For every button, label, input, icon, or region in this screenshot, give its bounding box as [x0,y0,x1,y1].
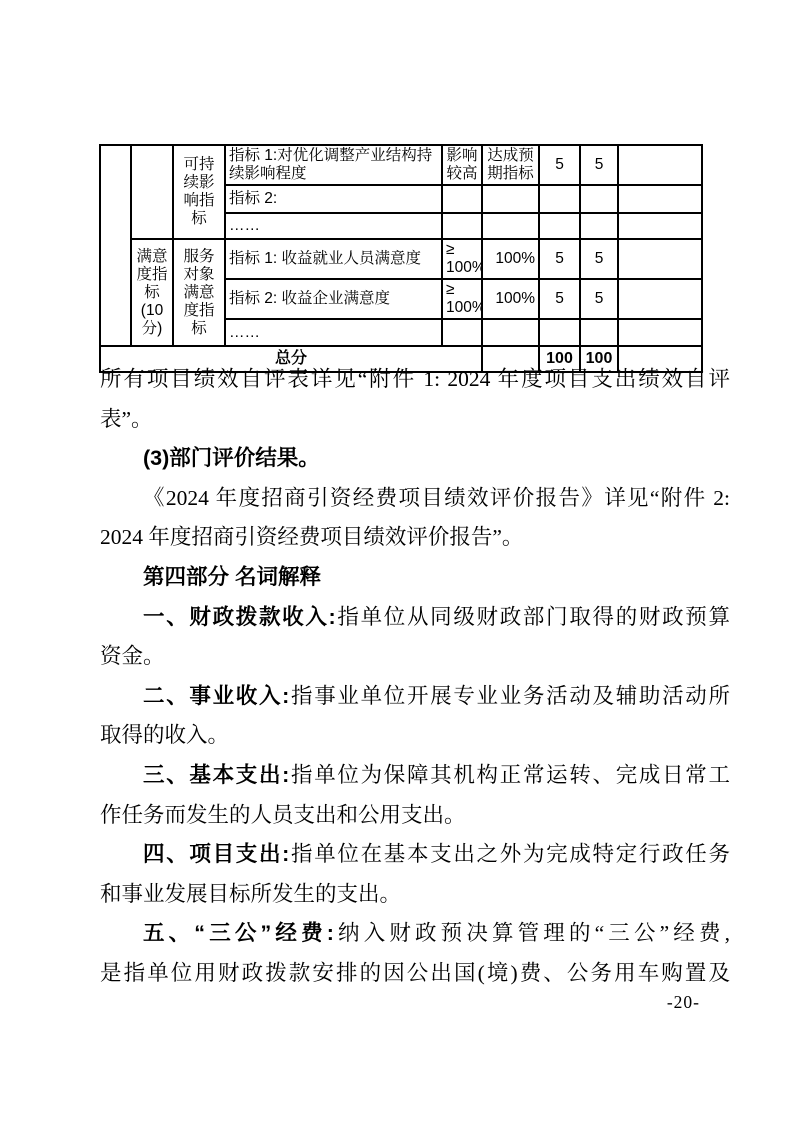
line-text: 表”。 [100,407,153,431]
cell-score-r1: 5 [580,145,618,185]
cell-result-r2 [482,185,539,213]
text-line-9: 二、事业收入:指事业单位开展专业业务活动及辅助活动所 [100,677,730,717]
text-line-16: 是指单位用财政拨款安排的因公出国(境)费、公务用车购置及 [100,954,730,994]
cell-service-group: 服务对象满意度指标 [173,239,225,346]
cell-level1-blank [100,145,131,346]
cell-indicator-r1: 指标 1:对优化调整产业结构持续影响程度 [225,145,442,185]
cell-points-r1: 5 [539,145,580,185]
cell-note-r6 [618,319,702,346]
cell-note-r1 [618,145,702,185]
cell-result-r1: 达成预期指标 [482,145,539,185]
cell-indicator-r6: …… [225,319,442,346]
line-text: 指事业单位开展专业业务活动及辅助活动所 [289,684,730,708]
cell-value-r4: ≥ 100% [442,239,482,279]
cell-indicator-r5: 指标 2: 收益企业满意度 [225,279,442,319]
line-text: 所有项目绩效自评表详见“附件 1: 2024 年度项目支出绩效自评 [100,367,730,391]
cell-score-r4: 5 [580,239,618,279]
line-text: 《2024 年度招商引资经费项目绩效评价报告》详见“附件 2: [143,486,730,510]
cell-note-r5 [618,279,702,319]
cell-points-r3 [539,213,580,239]
table-row: 满意度指标(10分) 服务对象满意度指标 指标 1: 收益就业人员满意度 ≥ 1… [100,239,702,279]
cell-value-r1: 影响较高 [442,145,482,185]
cell-result-r5: 100% [482,279,539,319]
cell-level2-blank [131,145,173,239]
text-line-2: 表”。 [100,400,730,440]
cell-score-r3 [580,213,618,239]
cell-value-r3 [442,213,482,239]
cell-points-r6 [539,319,580,346]
text-line-7: 一、财政拨款收入:指单位从同级财政部门取得的财政预算 [100,598,730,638]
text-line-10: 取得的收入。 [100,716,730,756]
line-text: 和事业发展目标所发生的支出。 [100,882,401,906]
text-line-8: 资金。 [100,637,730,677]
text-line-13: 四、项目支出:指单位在基本支出之外为完成特定行政任务 [100,835,730,875]
cell-score-r5: 5 [580,279,618,319]
cell-note-r4 [618,239,702,279]
line-text: 指单位为保障其机构正常运转、完成日常工 [289,763,730,787]
line-lead: 四、项目支出: [143,842,289,866]
cell-indicator-r2: 指标 2: [225,185,442,213]
text-line-15: 五、“三公”经费:纳入财政预决算管理的“三公”经费, [100,914,730,954]
cell-value-r2 [442,185,482,213]
line-lead: 一、财政拨款收入: [143,605,336,629]
performance-score-table: 可持续影响指标 指标 1:对优化调整产业结构持续影响程度 影响较高 达成预期指标… [99,144,703,373]
document-page: 可持续影响指标 指标 1:对优化调整产业结构持续影响程度 影响较高 达成预期指标… [0,0,793,1122]
cell-indicator-r4: 指标 1: 收益就业人员满意度 [225,239,442,279]
line-lead: 五、“三公”经费: [143,921,334,945]
line-text: 指单位在基本支出之外为完成特定行政任务 [289,842,730,866]
body-text-block: 所有项目绩效自评表详见“附件 1: 2024 年度项目支出绩效自评 表”。 (3… [100,360,730,994]
cell-sustain-group: 可持续影响指标 [173,145,225,239]
line-lead: 三、基本支出: [143,763,289,787]
cell-indicator-r3: …… [225,213,442,239]
cell-points-r5: 5 [539,279,580,319]
cell-result-r4: 100% [482,239,539,279]
line-lead: 二、事业收入: [143,684,289,708]
cell-note-r2 [618,185,702,213]
line-text: 指单位从同级财政部门取得的财政预算 [336,605,730,629]
text-line-11: 三、基本支出:指单位为保障其机构正常运转、完成日常工 [100,756,730,796]
text-line-14: 和事业发展目标所发生的支出。 [100,875,730,915]
cell-result-r6 [482,319,539,346]
cell-score-r2 [580,185,618,213]
line-lead: (3)部门评价结果。 [143,446,320,470]
text-line-12: 作任务而发生的人员支出和公用支出。 [100,796,730,836]
line-lead: 第四部分 名词解释 [143,565,321,589]
section-heading: 第四部分 名词解释 [100,558,730,598]
cell-result-r3 [482,213,539,239]
text-line-3: (3)部门评价结果。 [100,439,730,479]
page-number: -20- [667,992,700,1013]
cell-score-r6 [580,319,618,346]
cell-satisfaction-group: 满意度指标(10分) [131,239,173,346]
cell-value-r5: ≥ 100% [442,279,482,319]
line-text: 资金。 [100,644,165,668]
text-line-5: 2024 年度招商引资经费项目绩效评价报告”。 [100,518,730,558]
text-line-1: 所有项目绩效自评表详见“附件 1: 2024 年度项目支出绩效自评 [100,360,730,400]
cell-points-r2 [539,185,580,213]
line-text: 纳入财政预决算管理的“三公”经费, [334,921,730,945]
line-text: 作任务而发生的人员支出和公用支出。 [100,803,466,827]
line-text: 取得的收入。 [100,723,229,747]
cell-value-r6 [442,319,482,346]
cell-note-r3 [618,213,702,239]
cell-points-r4: 5 [539,239,580,279]
line-text: 是指单位用财政拨款安排的因公出国(境)费、公务用车购置及 [100,961,730,985]
table-row: 可持续影响指标 指标 1:对优化调整产业结构持续影响程度 影响较高 达成预期指标… [100,145,702,185]
text-line-4: 《2024 年度招商引资经费项目绩效评价报告》详见“附件 2: [100,479,730,519]
line-text: 2024 年度招商引资经费项目绩效评价报告”。 [100,525,523,549]
